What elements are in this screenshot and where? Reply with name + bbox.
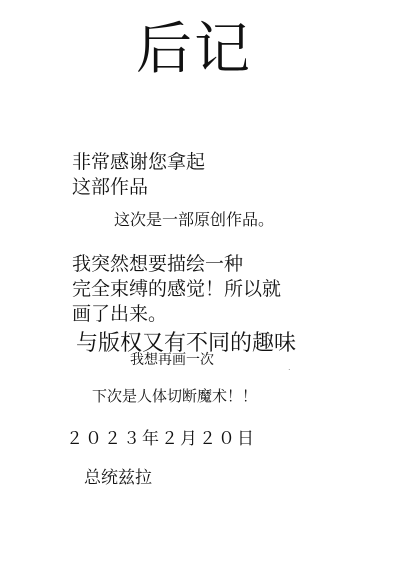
- text-line-1: 非常感谢您拿起: [72, 153, 205, 172]
- text-line-6: 画了出来。: [72, 305, 167, 324]
- author-signature: 总统兹拉: [84, 470, 152, 487]
- text-line-9: 下次是人体切断魔术！！: [92, 389, 257, 404]
- page-title: 后记: [136, 22, 252, 78]
- text-line-8: 我想再画一次: [130, 353, 214, 367]
- text-line-4: 我突然想要描绘一种: [72, 255, 243, 274]
- text-line-3: 这次是一部原创作品。: [114, 212, 274, 228]
- text-line-2: 这部作品: [72, 178, 148, 197]
- date: ２０２３年２月２０日: [66, 431, 256, 448]
- stray-mark: .: [288, 364, 291, 372]
- text-line-5: 完全束缚的感觉！所以就: [72, 280, 281, 299]
